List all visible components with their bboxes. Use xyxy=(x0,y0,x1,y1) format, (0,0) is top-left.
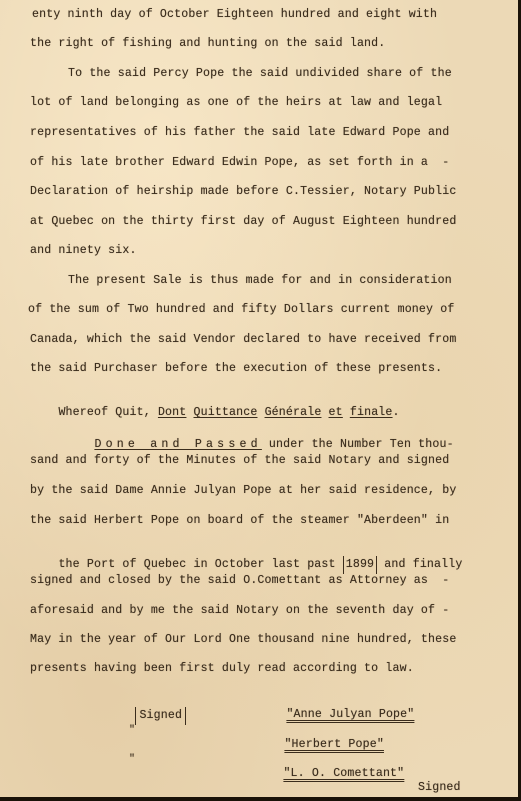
underlined-phrase: et xyxy=(329,406,343,419)
text-line: aforesaid and by me the said Notary on t… xyxy=(30,604,449,618)
text-line: and ninety six. xyxy=(30,244,137,258)
text-line: of his late brother Edward Edwin Pope, a… xyxy=(30,156,449,170)
ditto-mark: " xyxy=(129,724,135,738)
underlined-phrase: finale xyxy=(350,406,393,419)
whereof-prefix: Whereof Quit, xyxy=(58,406,158,419)
ditto-mark: " xyxy=(129,753,135,767)
signature-anne: "Anne Julyan Pope" xyxy=(286,708,414,721)
text-line: representatives of his father the said l… xyxy=(30,126,449,140)
text-line: of the sum of Two hundred and fifty Doll… xyxy=(28,303,454,317)
signed-label: Signed xyxy=(107,693,186,739)
text-line: lot of land belonging as one of the heir… xyxy=(30,96,442,110)
text-line: the said Herbert Pope on board of the st… xyxy=(30,514,449,528)
port-text: the Port of Quebec in October last past xyxy=(58,558,342,571)
signature-comettant: "L. O. Comettant" xyxy=(283,767,404,780)
underlined-phrase: Générale xyxy=(265,406,322,419)
paragraph-start: To the said Percy Pope the said undivide… xyxy=(68,67,452,81)
text-line: Canada, which the said Vendor declared t… xyxy=(30,333,456,347)
final-signed-label: Signed xyxy=(418,781,461,795)
paragraph-start: The present Sale is thus made for and in… xyxy=(68,274,452,288)
text-line: at Quebec on the thirty first day of Aug… xyxy=(30,215,456,229)
done-passed-heading: Done and Passed xyxy=(94,438,261,451)
text-line: Declaration of heirship made before C.Te… xyxy=(30,185,456,199)
text-line: sand and forty of the Minutes of the sai… xyxy=(30,454,449,468)
text-line: presents having been first duly read acc… xyxy=(30,662,414,676)
port-text-after: and finally xyxy=(377,558,462,571)
text-line: signed and closed by the said O.Comettan… xyxy=(30,574,449,588)
underlined-phrase: Dont xyxy=(158,406,186,419)
whereof-suffix: . xyxy=(393,406,400,419)
done-passed-rest: under the Number Ten thou- xyxy=(262,438,454,451)
document-page: enty ninth day of October Eighteen hundr… xyxy=(0,0,521,801)
underlined-phrase: Quittance xyxy=(194,406,258,419)
text-line: the right of fishing and hunting on the … xyxy=(30,37,385,51)
year-bracket: 1899 xyxy=(343,556,377,574)
text-line: by the said Dame Annie Julyan Pope at he… xyxy=(30,484,456,498)
text-line: enty ninth day of October Eighteen hundr… xyxy=(32,8,437,22)
signature-name: "L. O. Comettant" xyxy=(255,753,404,795)
signature-herbert: "Herbert Pope" xyxy=(284,738,384,751)
text-line: May in the year of Our Lord One thousand… xyxy=(30,633,456,647)
text-line: the said Purchaser before the execution … xyxy=(30,362,442,376)
signed-bracket: Signed xyxy=(135,707,186,725)
